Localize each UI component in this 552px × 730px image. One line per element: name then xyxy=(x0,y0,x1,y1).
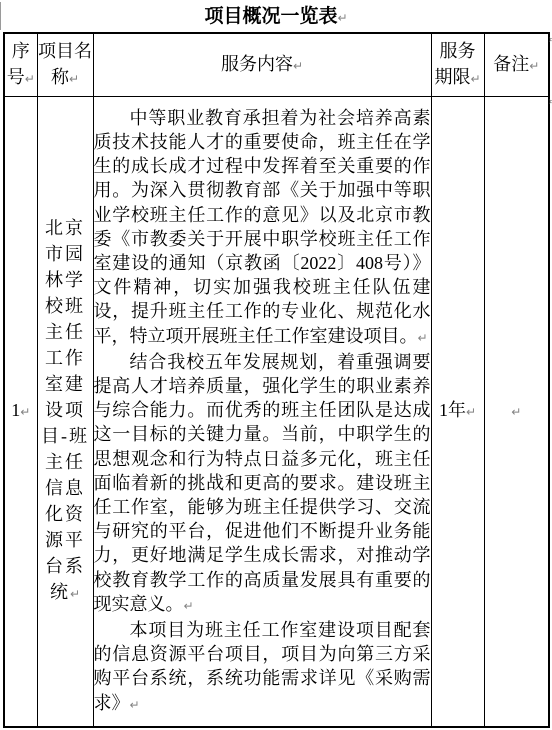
project-overview-table: 序号↵ 项目名称↵ 服务内容↵ 服务期限↵ 备注↵ 1↵ 北京市园林学校班主任工… xyxy=(3,32,550,728)
header-cell-serial: 序号↵ xyxy=(4,33,37,96)
pilcrow-mark: ↵ xyxy=(466,405,476,419)
pilcrow-mark: ↵ xyxy=(25,72,35,86)
table-header-row: 序号↵ 项目名称↵ 服务内容↵ 服务期限↵ 备注↵ xyxy=(4,33,549,96)
header-label-remarks: 备注 xyxy=(493,54,529,74)
pilcrow-mark: ↵ xyxy=(69,72,79,86)
pilcrow-mark: ↵ xyxy=(529,59,539,73)
pilcrow-mark: ↵ xyxy=(418,331,428,345)
service-content-cell: 中等职业教育承担着为社会培养高素质技术技能人才的重要使命，班主任在学生的成长成才… xyxy=(93,96,431,727)
remarks-cell: ↵ xyxy=(484,96,549,727)
table-data-row: 1↵ 北京市园林学校班主任工作室建设项目-班主任信息化资源平台系统↵ 中等职业教… xyxy=(4,96,549,727)
project-name-cell: 北京市园林学校班主任工作室建设项目-班主任信息化资源平台系统↵ xyxy=(37,96,93,727)
service-period-cell: 1年↵ xyxy=(431,96,484,727)
pilcrow-mark: ↵ xyxy=(70,587,80,601)
service-paragraph-2-text: 结合我校五年发展规划，着重强调要提高人才培养质量，强化学生的职业素养与综合能力。… xyxy=(94,352,431,614)
header-cell-service-content: 服务内容↵ xyxy=(93,33,431,96)
header-cell-remarks: 备注↵ xyxy=(484,33,549,96)
service-paragraph-1-text: 中等职业教育承担着为社会培养高素质技术技能人才的重要使命，班主任在学生的成长成才… xyxy=(94,108,431,346)
service-paragraph-3-text: 本项目为班主任工作室建设项目配套的信息资源平台项目，项目为向第三方采购平台系统，… xyxy=(94,620,431,713)
pilcrow-mark: ↵ xyxy=(470,72,480,86)
pilcrow-mark: ↵ xyxy=(20,405,30,419)
header-cell-service-period: 服务期限↵ xyxy=(431,33,484,96)
page-title-text: 项目概况一览表 xyxy=(204,6,337,27)
pilcrow-mark: ↵ xyxy=(130,698,140,712)
pilcrow-mark: ↵ xyxy=(293,59,303,73)
pilcrow-mark: ↵ xyxy=(511,405,521,419)
header-cell-project-name: 项目名称↵ xyxy=(37,33,93,96)
pilcrow-mark: ↵ xyxy=(184,599,194,613)
serial-number-cell: 1↵ xyxy=(4,96,37,727)
document-page: 项目概况一览表↵ 序号↵ 项目名称↵ 服务内容↵ 服务期限↵ 备注↵ 1↵ 北京… xyxy=(0,0,552,730)
service-period-text: 1年 xyxy=(439,400,466,420)
serial-number: 1 xyxy=(11,400,20,420)
header-label-service-content: 服务内容 xyxy=(221,54,293,74)
header-label-project-name: 项目名称 xyxy=(38,41,92,87)
service-paragraph-3: 本项目为班主任工作室建设项目配套的信息资源平台项目，项目为向第三方采购平台系统，… xyxy=(94,618,431,717)
service-paragraph-1: 中等职业教育承担着为社会培养高素质技术技能人才的重要使命，班主任在学生的成长成才… xyxy=(94,106,431,350)
service-paragraph-2: 结合我校五年发展规划，着重强调要提高人才培养质量，强化学生的职业素养与综合能力。… xyxy=(94,350,431,618)
pilcrow-mark: ↵ xyxy=(337,11,347,25)
page-title: 项目概况一览表↵ xyxy=(0,4,552,31)
project-name-text: 北京市园林学校班主任工作室建设项目-班主任信息化资源平台系统 xyxy=(41,218,89,602)
